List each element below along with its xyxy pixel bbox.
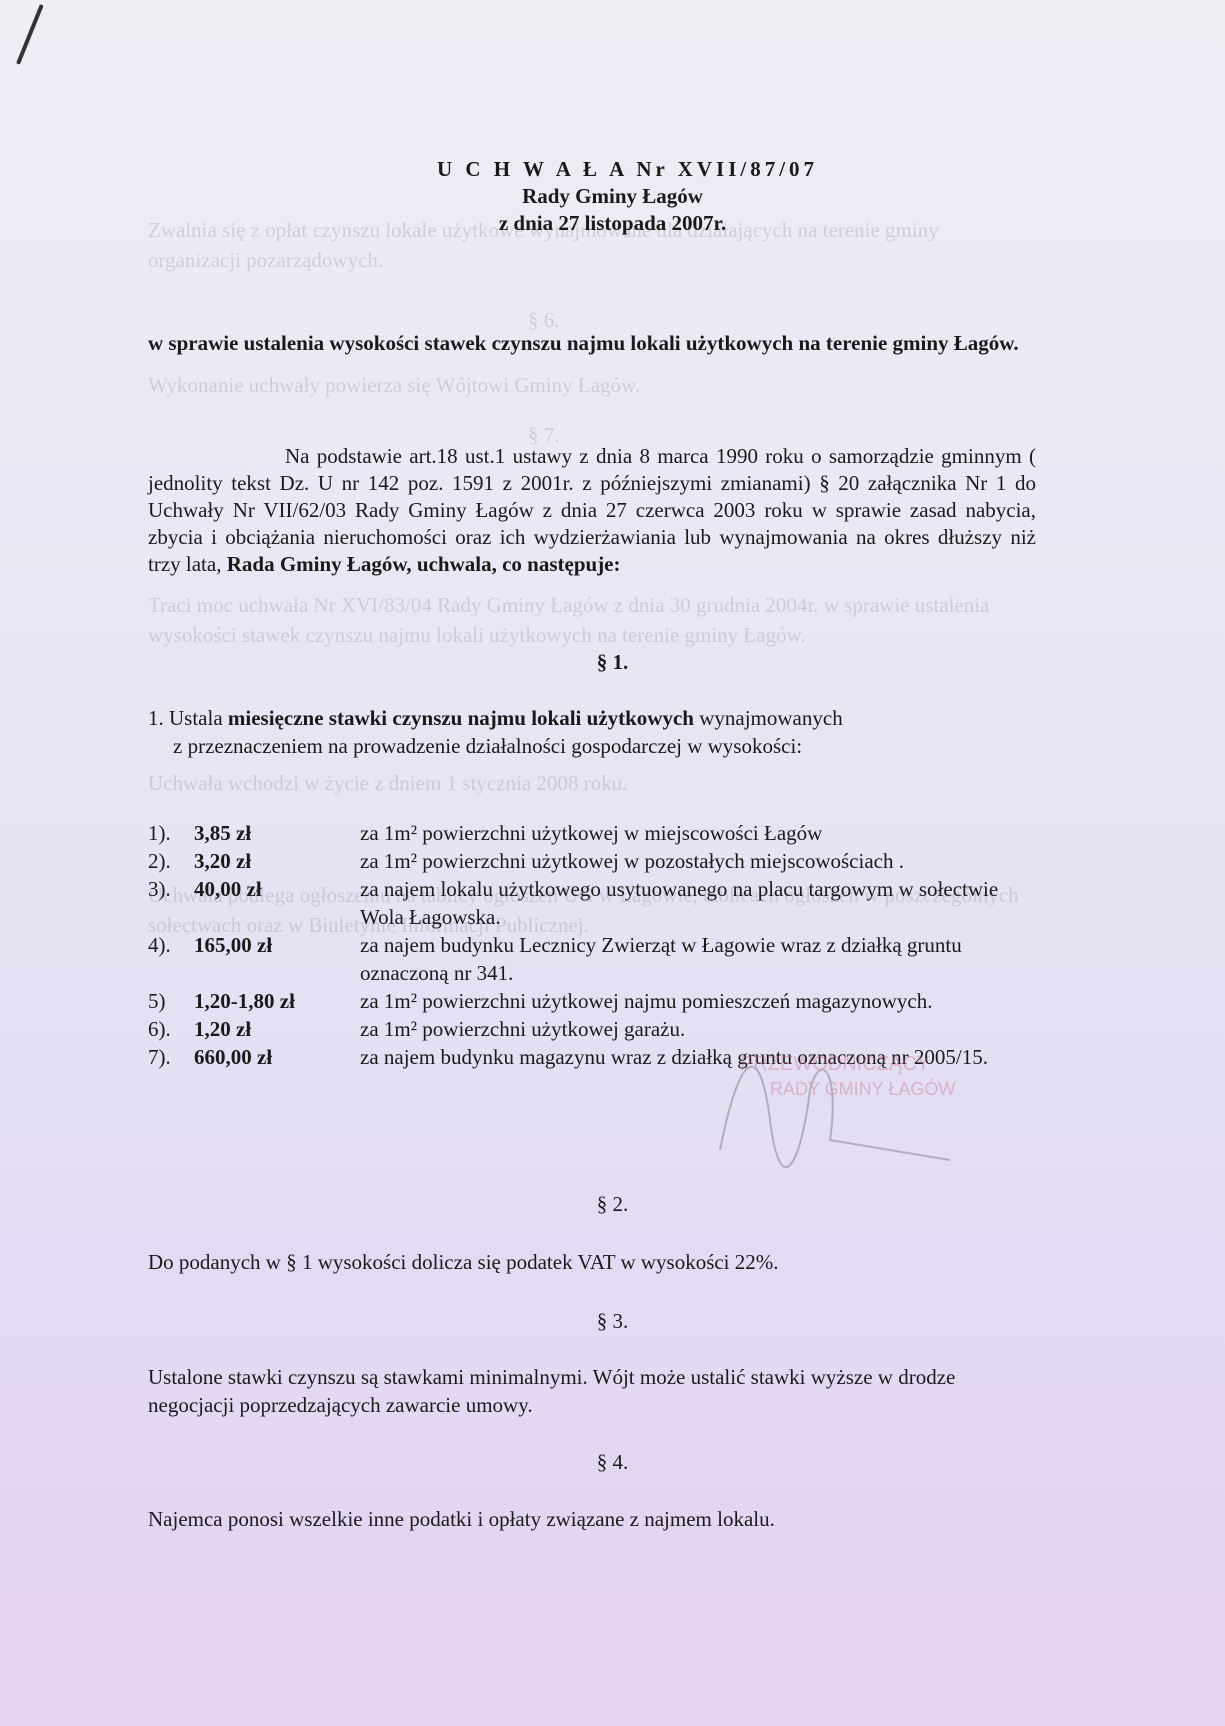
section-3-heading: § 3.: [0, 1309, 1225, 1334]
resolution-title: U C H W A Ł A Nr XVII/87/07: [0, 156, 1225, 183]
rate-item: 3).40,00 złza najem lokalu użytkowego us…: [148, 875, 1048, 931]
document-page: Zwalnia się z opłat czynszu lokale użytk…: [0, 0, 1225, 1726]
stamp-text: PRZEWODNICZĄCY: [740, 1053, 930, 1075]
rate-item-amount: 1,20 zł: [194, 1015, 360, 1043]
rate-item-num: 4).: [148, 931, 194, 987]
section-1-lead: 1. Ustala miesięczne stawki czynszu najm…: [148, 704, 1048, 760]
section-4-text: Najemca ponosi wszelkie inne podatki i o…: [148, 1505, 1048, 1533]
rate-item-num: 6).: [148, 1015, 194, 1043]
resolution-header: U C H W A Ł A Nr XVII/87/07 Rady Gminy Ł…: [0, 156, 1225, 237]
rate-item-desc: za najem budynku Lecznicy Zwierząt w Łag…: [360, 931, 1020, 987]
enacting-clause: Rada Gminy Łagów, uchwala, co następuje:: [221, 552, 620, 576]
bleed-through-text: Uchwała wchodzi w życie z dniem 1 styczn…: [148, 768, 627, 798]
rate-item-num: 2).: [148, 847, 194, 875]
section-2-heading: § 2.: [0, 1192, 1225, 1217]
rate-item-amount: 660,00 zł: [194, 1043, 360, 1071]
council-name: Rady Gminy Łagów: [0, 183, 1225, 210]
section-1-heading: § 1.: [0, 650, 1225, 675]
rate-item-desc: za 1m² powierzchni użytkowej w pozostały…: [360, 847, 1020, 875]
rate-item: 2).3,20 złza 1m² powierzchni użytkowej w…: [148, 847, 1048, 875]
rate-item-amount: 40,00 zł: [194, 875, 360, 931]
rate-item-num: 5): [148, 987, 194, 1015]
rate-item-num: 7).: [148, 1043, 194, 1071]
official-stamp-signature: PRZEWODNICZĄCY RADY GMINY ŁAGÓW: [700, 1030, 960, 1180]
rate-item-amount: 3,20 zł: [194, 847, 360, 875]
lead-bold: miesięczne stawki czynszu najmu lokali u…: [228, 706, 694, 730]
rate-item: 4).165,00 złza najem budynku Lecznicy Zw…: [148, 931, 1048, 987]
resolution-subject: w sprawie ustalenia wysokości stawek czy…: [148, 330, 1036, 357]
lead-suffix: wynajmowanych: [694, 706, 843, 730]
lead-line-2: z przeznaczeniem na prowadzenie działaln…: [148, 732, 1048, 760]
section-2-text: Do podanych w § 1 wysokości dolicza się …: [148, 1248, 1048, 1276]
bleed-through-text: Wykonanie uchwały powierza się Wójtowi G…: [148, 370, 640, 400]
staple-mark: [16, 4, 44, 65]
rate-item-num: 3).: [148, 875, 194, 931]
rate-item-desc: za 1m² powierzchni użytkowej w miejscowo…: [360, 819, 1020, 847]
legal-basis-paragraph: Na podstawie art.18 ust.1 ustawy z dnia …: [148, 443, 1036, 578]
rate-item-desc: za najem lokalu użytkowego usytuowanego …: [360, 875, 1020, 931]
bleed-through-text: Traci moc uchwała Nr XVI/83/04 Rady Gmin…: [148, 590, 1028, 650]
rate-item-amount: 165,00 zł: [194, 931, 360, 987]
rate-item-num: 1).: [148, 819, 194, 847]
svg-text:RADY GMINY ŁAGÓW: RADY GMINY ŁAGÓW: [770, 1078, 955, 1099]
resolution-date: z dnia 27 listopada 2007r.: [0, 210, 1225, 237]
section-4-heading: § 4.: [0, 1450, 1225, 1475]
rate-item: 5)1,20-1,80 złza 1m² powierzchni użytkow…: [148, 987, 1048, 1015]
lead-prefix: 1. Ustala: [148, 706, 228, 730]
rate-item: 1).3,85 złza 1m² powierzchni użytkowej w…: [148, 819, 1048, 847]
rate-item-desc: za 1m² powierzchni użytkowej najmu pomie…: [360, 987, 1020, 1015]
rate-item-amount: 3,85 zł: [194, 819, 360, 847]
rate-item-amount: 1,20-1,80 zł: [194, 987, 360, 1015]
section-3-text: Ustalone stawki czynszu są stawkami mini…: [148, 1363, 958, 1419]
